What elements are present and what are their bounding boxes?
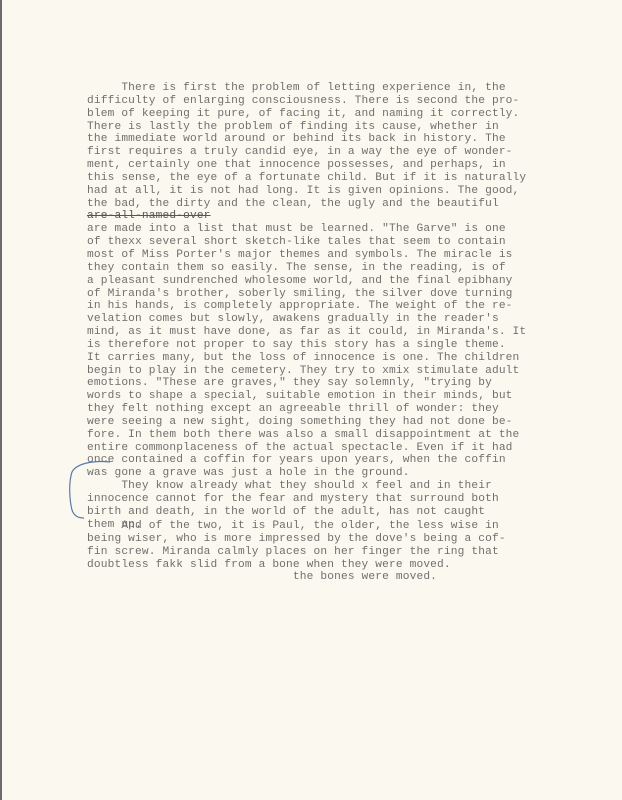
- paragraph-1: There is first the problem of letting ex…: [87, 82, 526, 532]
- typed-line: entire commonplaceness of the actual spe…: [87, 442, 526, 455]
- typed-line: the bad, the dirty and the clean, the ug…: [87, 198, 526, 211]
- typed-line: They know already what they should x fee…: [87, 480, 526, 493]
- document-page: There is first the problem of letting ex…: [0, 0, 622, 800]
- typed-line: There is first the problem of letting ex…: [87, 82, 526, 95]
- typed-line: It carries many, but the loss of innocen…: [87, 352, 526, 365]
- typed-line: the immediate world around or behind its…: [87, 133, 526, 146]
- typed-line: difficulty of enlarging consciousness. T…: [87, 95, 526, 108]
- typed-line: mind, as it must have done, as far as it…: [87, 326, 526, 339]
- typed-line: was gone a grave was just a hole in the …: [87, 467, 526, 480]
- typed-line: blem of keeping it pure, of facing it, a…: [87, 108, 526, 121]
- typed-line: fore. In them both there was also a smal…: [87, 429, 526, 442]
- typed-line: words to shape a special, suitable emoti…: [87, 390, 526, 403]
- typed-line: of Miranda's brother, soberly smiling, t…: [87, 288, 526, 301]
- typed-line: being wiser, who is more impressed by th…: [87, 533, 506, 546]
- typed-line: had at all, it is not had long. It is gi…: [87, 185, 526, 198]
- typed-line: they contain them so easily. The sense, …: [87, 262, 526, 275]
- typed-line: the bones were moved.: [87, 571, 506, 584]
- typed-line: in his hands, is completely appropriate.…: [87, 300, 526, 313]
- typed-line: is therefore not proper to say this stor…: [87, 339, 526, 352]
- typed-line: begin to play in the cemetery. They try …: [87, 365, 526, 378]
- typed-line: And of the two, it is Paul, the older, t…: [87, 520, 506, 533]
- typed-line: fin screw. Miranda calmly places on her …: [87, 546, 506, 559]
- typed-line: are made into a list that must be learne…: [87, 223, 526, 236]
- typed-line: There is lastly the problem of finding i…: [87, 121, 526, 134]
- typed-line: of thexx several short sketch-like tales…: [87, 236, 526, 249]
- typed-line: once contained a coffin for years upon y…: [87, 454, 526, 467]
- struck-typed-line: are-all-named-over: [87, 210, 526, 223]
- typed-line: this sense, the eye of a fortunate child…: [87, 172, 526, 185]
- typed-line: velation comes but slowly, awakens gradu…: [87, 313, 526, 326]
- typed-line: doubtless fakk slid from a bone when the…: [87, 559, 506, 572]
- paragraph-2: And of the two, it is Paul, the older, t…: [87, 520, 506, 584]
- typed-line: most of Miss Porter's major themes and s…: [87, 249, 526, 262]
- typed-line: a pleasant sundrenched wholesome world, …: [87, 275, 526, 288]
- typed-line: first requires a truly candid eye, in a …: [87, 146, 526, 159]
- typed-line: innocence cannot for the fear and myster…: [87, 493, 526, 506]
- typed-line: were seeing a new sight, doing something…: [87, 416, 526, 429]
- typed-line: ment, certainly one that innocence posse…: [87, 159, 526, 172]
- typed-line: they felt nothing except an agreeable th…: [87, 403, 526, 416]
- typed-line: birth and death, in the world of the adu…: [87, 506, 526, 519]
- typed-line: emotions. "These are graves," they say s…: [87, 377, 526, 390]
- handwritten-bracket-mark: [62, 458, 122, 528]
